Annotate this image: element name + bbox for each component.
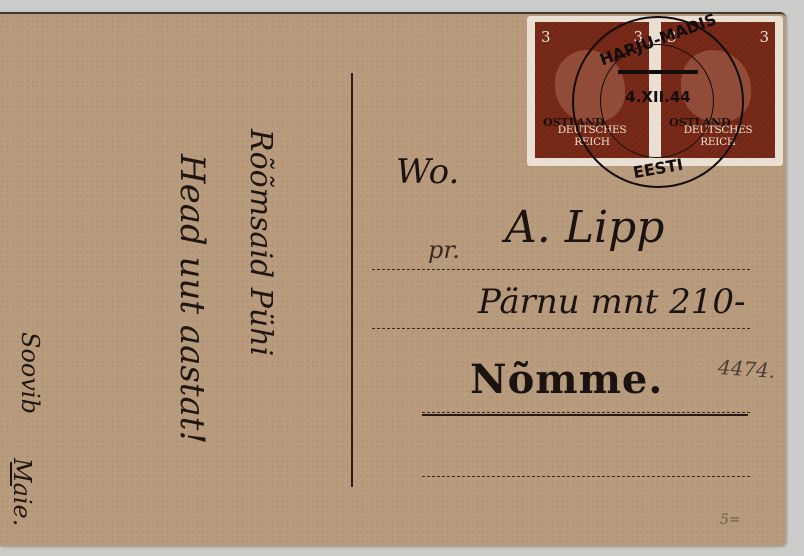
address-line-1	[372, 269, 750, 270]
signature-line-1: Soovib	[16, 332, 44, 414]
stamp-value: 3	[541, 28, 551, 46]
message-line-2: Head uut aastat!	[172, 154, 212, 444]
postcard: Rõõmsaid Pühi Head uut aastat! Soovib Ma…	[0, 12, 786, 546]
message-line-1: Rõõmsaid Pühi	[243, 129, 278, 356]
city-underline	[422, 414, 748, 416]
pencil-corner-mark: 5=	[720, 512, 741, 528]
postmark-date: 4.XII.44	[604, 88, 712, 106]
address-prefix: pr.	[428, 236, 460, 264]
salutation: Wo.	[396, 152, 459, 192]
address-line-3	[422, 412, 750, 413]
center-divider	[351, 73, 353, 487]
city: Nõmme.	[470, 356, 663, 403]
signature-line-2: Maie.	[8, 458, 36, 526]
pencil-number: 4474.	[717, 355, 776, 383]
street-address: Pärnu mnt 210-	[478, 282, 745, 322]
address-line-4	[422, 476, 750, 477]
postmark-bar	[618, 70, 698, 74]
address-line-2	[372, 328, 750, 329]
stamp-value: 3	[759, 28, 769, 46]
signature-underline	[10, 462, 12, 486]
recipient-name: A. Lipp	[505, 202, 664, 253]
postmark: HARJU-MADIS 4.XII.44 EESTI	[572, 16, 744, 188]
